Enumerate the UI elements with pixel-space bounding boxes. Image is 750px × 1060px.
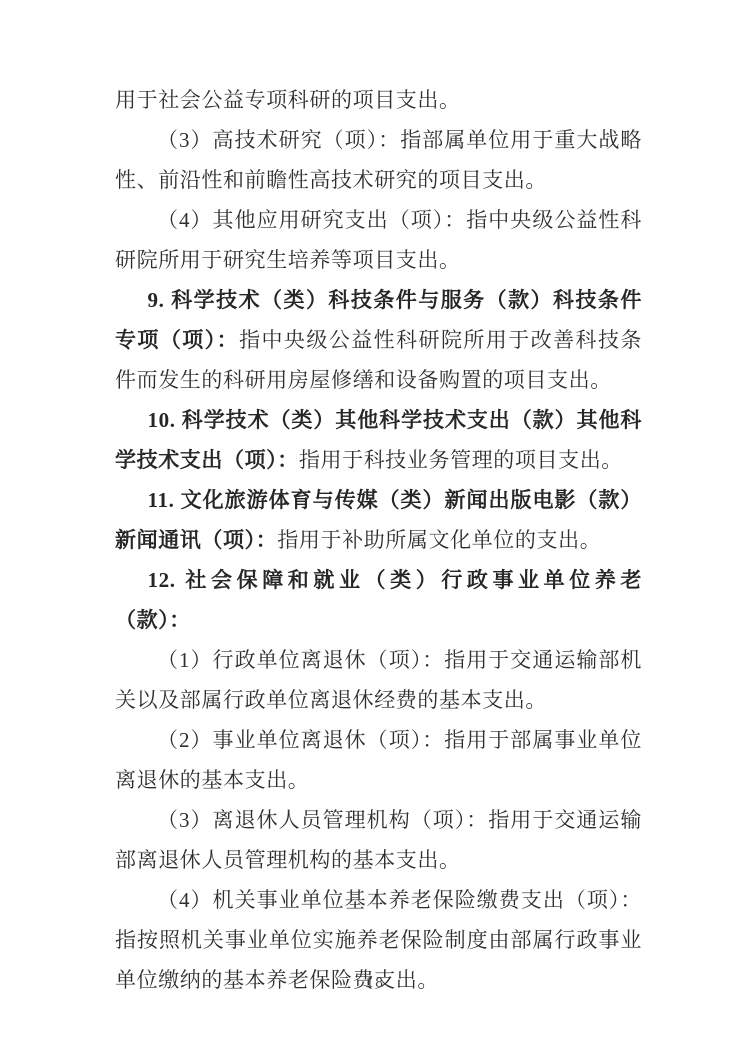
para-sub-3-retiree-management: （3）离退休人员管理机构（项）：指用于交通运输部离退休人员管理机构的基本支出。 [115,800,642,880]
para-section-10-other-sci-tech: 10. 科学技术（类）其他科学技术支出（款）其他科学技术支出（项）：指用于科技业… [115,400,642,480]
page-number: 18 [0,976,750,991]
para-section-9-sci-tech-conditions: 9. 科学技术（类）科技条件与服务（款）科技条件专项（项）：指中央级公益性科研院… [115,280,642,400]
para-item-3-high-tech-research: （3）高技术研究（项）：指部属单位用于重大战略性、前沿性和前瞻性高技术研究的项目… [115,120,642,200]
para-section-12-social-security-pension: 12. 社会保障和就业（类）行政事业单位养老（款）： [115,560,642,640]
para-item-4-other-applied-research: （4）其他应用研究支出（项）：指中央级公益性科研院所用于研究生培养等项目支出。 [115,200,642,280]
section-12-heading: 12. 社会保障和就业（类）行政事业单位养老（款）： [115,568,642,632]
para-sub-2-institution-retirement: （2）事业单位离退休（项）：指用于部属事业单位离退休的基本支出。 [115,720,642,800]
document-body: 用于社会公益专项科研的项目支出。 （3）高技术研究（项）：指部属单位用于重大战略… [115,80,642,1000]
document-page: 用于社会公益专项科研的项目支出。 （3）高技术研究（项）：指部属单位用于重大战略… [0,0,750,1060]
section-10-body: 指用于科技业务管理的项目支出。 [299,448,623,472]
para-sub-1-admin-retirement: （1）行政单位离退休（项）：指用于交通运输部机关以及部属行政单位离退休经费的基本… [115,640,642,720]
para-continuation-social-welfare-research: 用于社会公益专项科研的项目支出。 [115,80,642,120]
section-11-body: 指用于补助所属文化单位的支出。 [277,528,601,552]
para-section-11-culture-media: 11. 文化旅游体育与传媒（类）新闻出版电影（款）新闻通讯（项）：指用于补助所属… [115,480,642,560]
